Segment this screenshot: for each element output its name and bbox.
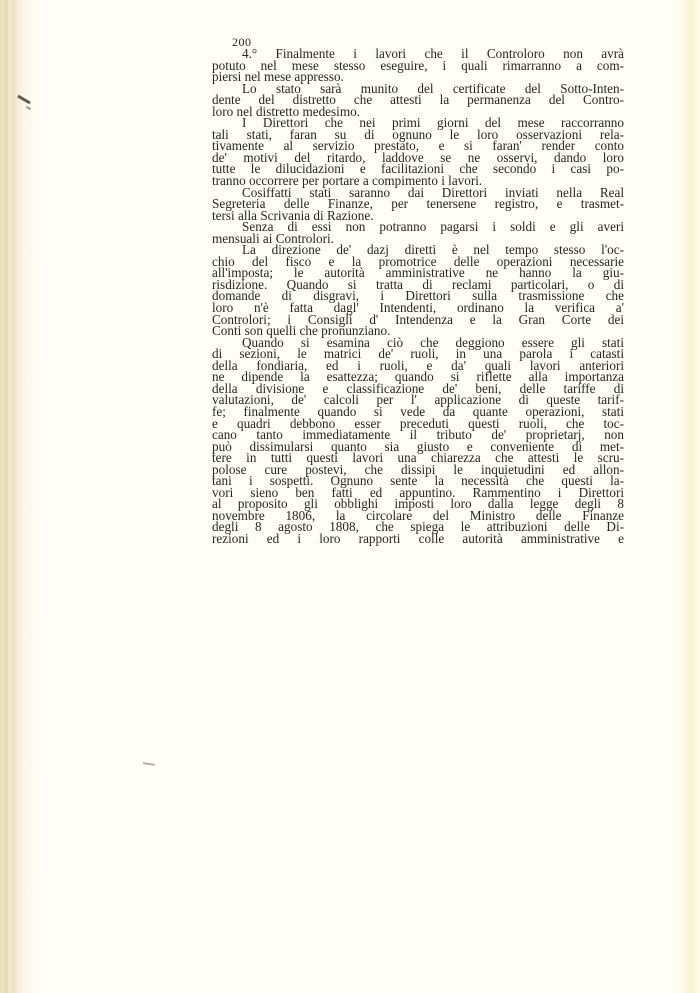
scanned-book-page: 200 4.° Finalmente i lavori che il Contr… — [0, 0, 700, 993]
text-line: rezioni ed i loro rapporti colle autorit… — [212, 533, 624, 545]
body-text-block: 200 4.° Finalmente i lavori che il Contr… — [212, 36, 624, 545]
binding-ink-mark — [17, 95, 31, 105]
text-lines: 4.° Finalmente i lavori che il Controlor… — [212, 48, 624, 545]
binding-ink-mark-tail — [26, 106, 31, 110]
stray-ink-mark — [143, 762, 155, 766]
